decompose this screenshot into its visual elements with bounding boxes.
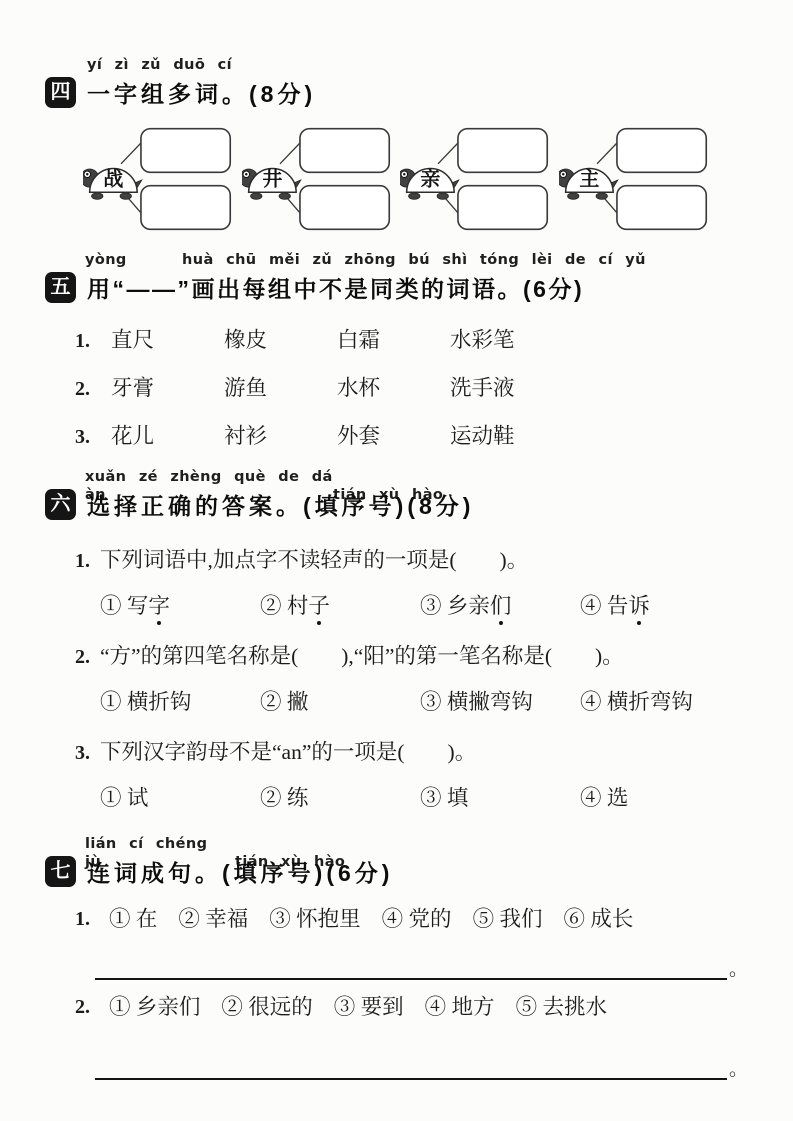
- dotted-char: 字: [148, 595, 170, 617]
- question-text: 下列词语中,加点字不读轻声的一项是( )。: [100, 548, 528, 572]
- numbered-word: ④ 地方: [425, 996, 495, 1018]
- turtle-group-1: 战: [83, 125, 235, 233]
- word-answer-box[interactable]: [300, 129, 389, 173]
- turtle-char: 战: [103, 167, 123, 191]
- word: 水杯: [337, 377, 450, 399]
- section-five-pinyin: yònghuà chū měi zǔ zhōng bú shì tóng lèi…: [85, 251, 748, 269]
- numbered-word: ① 在: [109, 908, 157, 930]
- turtle-icon: 主: [559, 168, 618, 200]
- question-3-options: ① 试② 练③ 填④ 选: [100, 787, 748, 809]
- question-2-options: ① 横折钩② 撇③ 横撇弯钩④ 横折弯钩: [100, 691, 748, 713]
- turtle-groups: 战 井: [83, 125, 711, 233]
- section-seven-badge: 七: [45, 856, 76, 887]
- option: ④ 横折弯钩: [580, 691, 693, 713]
- section-seven-header: 七 连词成句。(填序号)(6分): [45, 855, 748, 888]
- numbered-word: ② 幸福: [178, 908, 248, 930]
- section-five-header: 五 用“——”画出每组中不是同类的词语。(6分): [45, 271, 748, 304]
- word-row-3: 3.花儿衬衫外套运动鞋: [75, 425, 748, 448]
- section-four-badge: 四: [45, 77, 76, 108]
- turtle-char: 主: [579, 168, 599, 191]
- sentence-item-1: 1.① 在② 幸福③ 怀抱里④ 党的⑤ 我们⑥ 成长: [75, 908, 748, 930]
- word-answer-box[interactable]: [300, 186, 389, 230]
- question-number: 3.: [75, 742, 90, 764]
- option: ④ 告诉: [580, 595, 650, 617]
- numbered-word: ③ 要到: [334, 996, 404, 1018]
- answer-blank[interactable]: [95, 1058, 727, 1080]
- sentence-period: 。: [729, 960, 748, 980]
- word: 外套: [337, 425, 450, 447]
- turtle-group-2: 井: [242, 125, 394, 233]
- dotted-char: 子: [308, 595, 330, 617]
- question-2: 2.“方”的第四笔名称是( ),“阳”的第一笔名称是( )。: [75, 645, 748, 668]
- numbered-word: ② 很远的: [221, 996, 312, 1018]
- word: 洗手液: [450, 377, 515, 399]
- option: ③ 乡亲们: [420, 595, 580, 617]
- item-number: 2.: [75, 996, 109, 1018]
- turtle-char: 亲: [421, 167, 441, 191]
- turtle-icon: 井: [242, 167, 301, 200]
- section-five-title: 用“——”画出每组中不是同类的词语。(6分): [87, 271, 584, 304]
- answer-line-1: 。: [95, 956, 748, 980]
- option: ③ 填: [420, 787, 580, 809]
- word: 游鱼: [224, 377, 337, 399]
- answer-blank[interactable]: [95, 958, 727, 980]
- section-four-pinyin: yí zì zǔ duō cí: [87, 56, 748, 74]
- option: ③ 横撇弯钩: [420, 691, 580, 713]
- row-number: 3.: [75, 426, 111, 448]
- sentence-item-2: 2.① 乡亲们② 很远的③ 要到④ 地方⑤ 去挑水: [75, 996, 748, 1018]
- option: ① 横折钩: [100, 691, 260, 713]
- numbered-word: ③ 怀抱里: [269, 908, 360, 930]
- section-four-header: 四 一字组多词。(8分): [45, 76, 748, 109]
- word: 花儿: [111, 425, 224, 447]
- turtle-group-3: 亲: [400, 125, 552, 233]
- option: ② 练: [260, 787, 420, 809]
- row-number: 1.: [75, 330, 111, 352]
- word-answer-box[interactable]: [141, 186, 230, 230]
- section-seven: lián cí chéng jùtián xù hào 七 连词成句。(填序号)…: [45, 835, 748, 1080]
- turtle-group-4: 主: [559, 125, 711, 233]
- section-four-title: 一字组多词。(8分): [87, 76, 316, 109]
- question-1: 1.下列词语中,加点字不读轻声的一项是( )。: [75, 549, 748, 572]
- word-row-2: 2.牙膏游鱼水杯洗手液: [75, 377, 748, 400]
- section-five: yònghuà chū měi zǔ zhōng bú shì tóng lèi…: [45, 251, 748, 448]
- dotted-char: 们: [490, 595, 512, 617]
- word-answer-box[interactable]: [458, 186, 547, 230]
- worksheet-page: yí zì zǔ duō cí 四 一字组多词。(8分): [0, 0, 793, 1121]
- section-six: xuǎn zé zhèng què de dá àntián xù hào 六 …: [45, 468, 748, 809]
- word-answer-box[interactable]: [458, 129, 547, 173]
- option: ② 村子: [260, 595, 420, 617]
- word: 直尺: [111, 329, 224, 351]
- word-answer-box[interactable]: [141, 129, 230, 173]
- section-seven-title: 连词成句。(填序号)(6分): [87, 855, 393, 888]
- word: 白霜: [337, 329, 450, 351]
- dotted-char: 诉: [628, 595, 650, 617]
- section-six-title: 选择正确的答案。(填序号)(8分): [87, 488, 474, 521]
- question-3: 3.下列汉字韵母不是“an”的一项是( )。: [75, 741, 748, 764]
- section-seven-pinyin: lián cí chéng jùtián xù hào: [85, 835, 748, 853]
- section-five-badge: 五: [45, 272, 76, 303]
- section-six-pinyin: xuǎn zé zhèng què de dá àntián xù hào: [85, 468, 748, 486]
- item-number: 1.: [75, 908, 109, 930]
- option: ④ 选: [580, 787, 628, 809]
- word: 牙膏: [111, 377, 224, 399]
- answer-line-2: 。: [95, 1056, 748, 1080]
- turtle-icon: 战: [83, 167, 142, 200]
- row-number: 2.: [75, 378, 111, 400]
- question-number: 1.: [75, 550, 90, 572]
- option: ① 试: [100, 787, 260, 809]
- option: ① 写字: [100, 595, 260, 617]
- word: 水彩笔: [450, 329, 515, 351]
- section-six-badge: 六: [45, 489, 76, 520]
- question-number: 2.: [75, 646, 90, 668]
- question-1-options: ① 写字② 村子③ 乡亲们④ 告诉: [100, 595, 748, 617]
- word: 运动鞋: [450, 425, 515, 447]
- numbered-word: ⑤ 去挑水: [516, 996, 607, 1018]
- question-text: “方”的第四笔名称是( ),“阳”的第一笔名称是( )。: [100, 644, 624, 668]
- section-four: yí zì zǔ duō cí 四 一字组多词。(8分): [45, 56, 748, 233]
- turtle-char: 井: [262, 167, 282, 191]
- numbered-word: ⑥ 成长: [563, 908, 633, 930]
- numbered-word: ④ 党的: [382, 908, 452, 930]
- question-text: 下列汉字韵母不是“an”的一项是( )。: [100, 740, 476, 764]
- option: ② 撇: [260, 691, 420, 713]
- section-six-header: 六 选择正确的答案。(填序号)(8分): [45, 488, 748, 521]
- word-answer-box[interactable]: [617, 129, 706, 173]
- sentence-period: 。: [729, 1060, 748, 1080]
- numbered-word: ① 乡亲们: [109, 996, 200, 1018]
- word-row-1: 1.直尺橡皮白霜水彩笔: [75, 329, 748, 352]
- numbered-word: ⑤ 我们: [473, 908, 543, 930]
- word-answer-box[interactable]: [617, 186, 706, 230]
- word: 衬衫: [224, 425, 337, 447]
- word: 橡皮: [224, 329, 337, 351]
- turtle-icon: 亲: [400, 167, 459, 200]
